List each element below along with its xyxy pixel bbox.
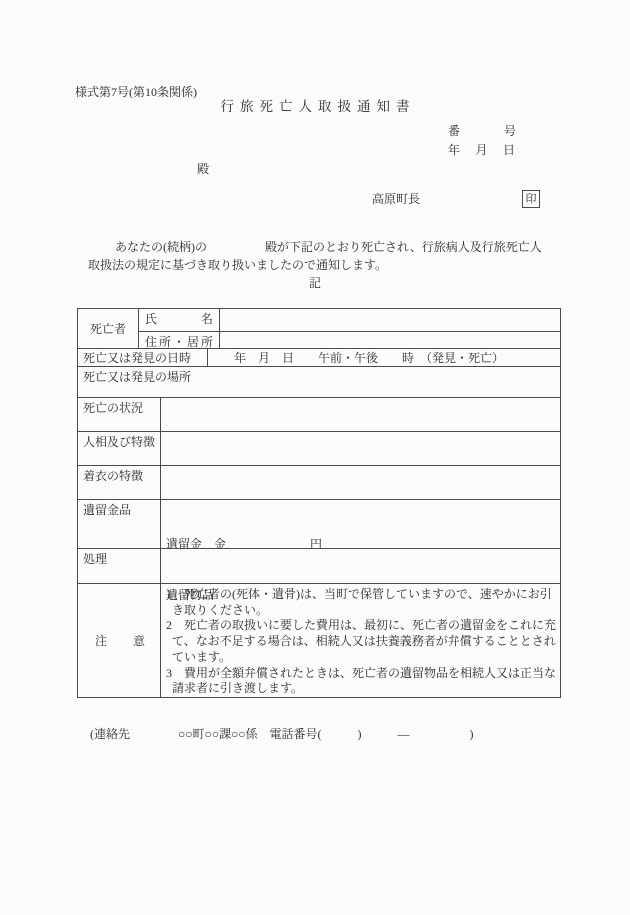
ki-marker: 記 <box>0 276 630 290</box>
clothing-label: 着衣の特徴 <box>78 466 161 499</box>
form-table: 死亡者 氏名 住所・居所 死亡又は発見の日時 年 月 日 午前・午後 時 （発見… <box>77 308 561 698</box>
row-datetime: 死亡又は発見の日時 年 月 日 午前・午後 時 （発見・死亡） <box>78 348 560 366</box>
belongings-label: 遺留金品 <box>78 500 161 548</box>
note-line: 3 費用が全額弁償されたときは、死亡者の遺留物品を相続人又は正当な <box>166 666 556 682</box>
note-line: き取りください。 <box>166 603 556 619</box>
contact-line: (連絡先 ○○町○○課○○係 電話番号( ) ― ) <box>90 727 473 741</box>
clothing-value <box>161 466 560 499</box>
situation-value <box>161 398 560 431</box>
name-label: 氏名 <box>139 309 220 331</box>
notes-body: 1 死亡者の(死体・遺骨)は、当町で保管していますので、速やかにお引 き取りくだ… <box>161 584 560 697</box>
disposal-value <box>161 549 560 583</box>
features-label: 人相及び特徴 <box>78 432 161 465</box>
datetime-label: 死亡又は発見の日時 <box>78 349 208 366</box>
document-number-line: 番号 <box>448 124 516 138</box>
note-line: て、なお不足する場合は、相続人又は扶養義務者が弁償することとされ <box>166 634 556 650</box>
disposal-label: 処理 <box>78 549 161 583</box>
row-disposal: 処理 <box>78 548 560 583</box>
datetime-value: 年 月 日 午前・午後 時 （発見・死亡） <box>208 349 560 366</box>
notes-label: 注意 <box>78 634 160 648</box>
row-place: 死亡又は発見の場所 <box>78 366 560 397</box>
row-situation: 死亡の状況 <box>78 397 560 431</box>
belongings-value: 遺留金 金 円 遺留物品 <box>161 500 560 548</box>
address-label: 住所・居所 <box>139 332 220 348</box>
addressee-suffix: 殿 <box>197 162 209 176</box>
note-line: 1 死亡者の(死体・遺骨)は、当町で保管していますので、速やかにお引 <box>166 587 556 603</box>
row-notes: 注意 1 死亡者の(死体・遺骨)は、当町で保管していますので、速やかにお引 き取… <box>78 583 560 697</box>
row-features: 人相及び特徴 <box>78 431 560 465</box>
place-value <box>195 367 560 397</box>
row-belongings: 遺留金品 遺留金 金 円 遺留物品 <box>78 499 560 548</box>
intro-line2: 取扱法の規定に基づき取り扱いましたので通知します。 <box>88 258 387 272</box>
notes-label-cell: 注意 <box>78 584 161 697</box>
form-page: 様式第7号(第10条関係) 行旅死亡人取扱通知書 番号 年月日 殿 高原町長 印… <box>0 0 630 915</box>
form-number: 様式第7号(第10条関係) <box>75 85 197 99</box>
situation-label: 死亡の状況 <box>78 398 161 431</box>
address-value <box>220 332 560 348</box>
intro-line1: あなたの(続柄)の殿が下記のとおり死亡され、行旅病人及行旅死亡人 <box>115 240 542 254</box>
document-title: 行旅死亡人取扱通知書 <box>0 100 630 114</box>
place-label: 死亡又は発見の場所 <box>78 367 195 397</box>
date-line: 年月日 <box>448 143 515 157</box>
note-line: ています。 <box>166 650 556 666</box>
row-deceased: 死亡者 氏名 住所・居所 <box>78 309 560 348</box>
row-clothing: 着衣の特徴 <box>78 465 560 499</box>
deceased-label: 死亡者 <box>78 309 139 348</box>
note-line: 請求者に引き渡します。 <box>166 681 556 697</box>
intro-before-blank: あなたの(続柄)の <box>115 240 207 254</box>
seal-box: 印 <box>522 190 540 208</box>
sender-title: 高原町長 <box>372 192 420 206</box>
name-value <box>220 309 560 331</box>
intro-after-blank: 殿が下記のとおり死亡され、行旅病人及行旅死亡人 <box>265 240 542 254</box>
features-value <box>161 432 560 465</box>
note-line: 2 死亡者の取扱いに要した費用は、最初に、死亡者の遺留金をこれに充 <box>166 618 556 634</box>
